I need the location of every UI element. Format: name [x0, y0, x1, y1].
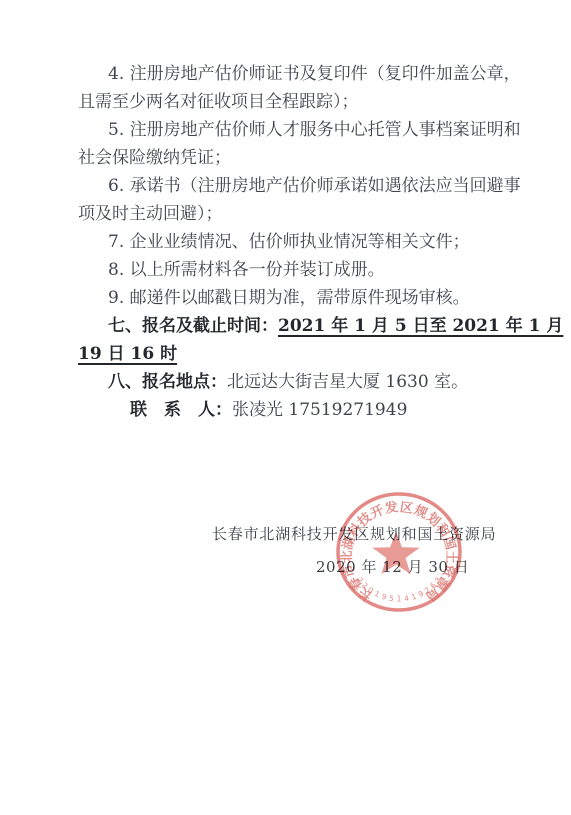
svg-text:1: 1 [373, 589, 382, 599]
deadline-heading: 七、报名及截止时间： [108, 316, 278, 336]
doc-line-item8: 8. 以上所需材料各一份并装订成册。 [78, 256, 518, 284]
official-seal: 长春市北湖科技开发区规划和国土资源局 2201951419263 [329, 482, 469, 622]
svg-text:0: 0 [366, 585, 375, 595]
doc-line-item5-cont: 社会保险缴纳凭证； [78, 144, 518, 172]
document-body: 4. 注册房地产估价师证书及复印件（复印件加盖公章， 且需至少两名对征收项目全程… [78, 60, 518, 424]
svg-text:4: 4 [404, 594, 410, 604]
svg-text:局: 局 [422, 584, 442, 604]
doc-line-item5: 5. 注册房地产估价师人才服务中心托管人事档案证明和 [78, 116, 518, 144]
svg-text:开: 开 [368, 502, 387, 522]
doc-line-item6-cont: 项及时主动回避）； [78, 200, 518, 228]
doc-line-item9: 9. 邮递件以邮戳日期为准，需带原件现场审核。 [78, 284, 518, 312]
location-heading: 八、报名地点： [108, 372, 227, 392]
location-line: 八、报名地点：北远达大街吉星大厦 1630 室。 [78, 368, 518, 396]
location-value: 北远达大街吉星大厦 1630 室。 [227, 372, 468, 392]
deadline-line: 七、报名及截止时间：2021 年 1 月 5 日至 2021 年 1 月 [78, 312, 518, 340]
seal-ring [338, 494, 460, 610]
document-page: 4. 注册房地产估价师证书及复印件（复印件加盖公章， 且需至少两名对征收项目全程… [0, 0, 571, 815]
deadline-line-cont: 19 日 16 时 [78, 340, 518, 368]
svg-text:9: 9 [417, 589, 426, 599]
doc-line-item4-cont: 且需至少两名对征收项目全程跟踪）； [78, 88, 518, 116]
contact-line: 联 系 人：张凌光 17519271949 [78, 396, 518, 424]
svg-text:长: 长 [356, 584, 376, 604]
svg-text:6: 6 [428, 580, 438, 590]
svg-text:5: 5 [388, 594, 394, 604]
svg-text:2: 2 [360, 581, 370, 591]
svg-text:1: 1 [397, 595, 402, 604]
doc-line-item7: 7. 企业业绩情况、估价师执业情况等相关文件； [78, 228, 518, 256]
doc-line-item4: 4. 注册房地产估价师证书及复印件（复印件加盖公章， [78, 60, 518, 88]
signature-date: 2020 年 12 月 30 日 [316, 556, 469, 577]
deadline-value-continued: 19 日 16 时 [78, 344, 177, 364]
signature-org: 长春市北湖科技开发区规划和国土资源局 [212, 523, 496, 544]
svg-text:规: 规 [411, 502, 430, 522]
svg-text:9: 9 [380, 592, 388, 602]
doc-line-item6: 6. 承诺书（注册房地产估价师承诺如遇依法应当回避事 [78, 172, 518, 200]
contact-label: 联 系 人： [130, 400, 232, 420]
svg-text:1: 1 [410, 592, 418, 602]
seal-serial: 2201951419263 [355, 575, 443, 603]
contact-value: 张凌光 17519271949 [232, 400, 407, 420]
svg-text:发: 发 [383, 499, 399, 517]
svg-text:区: 区 [399, 499, 414, 517]
svg-text:2: 2 [423, 585, 432, 595]
seal-ring-text: 长春市北湖科技开发区规划和国土资源局 [339, 499, 459, 603]
deadline-value: 2021 年 1 月 5 日至 2021 年 1 月 [278, 316, 563, 336]
